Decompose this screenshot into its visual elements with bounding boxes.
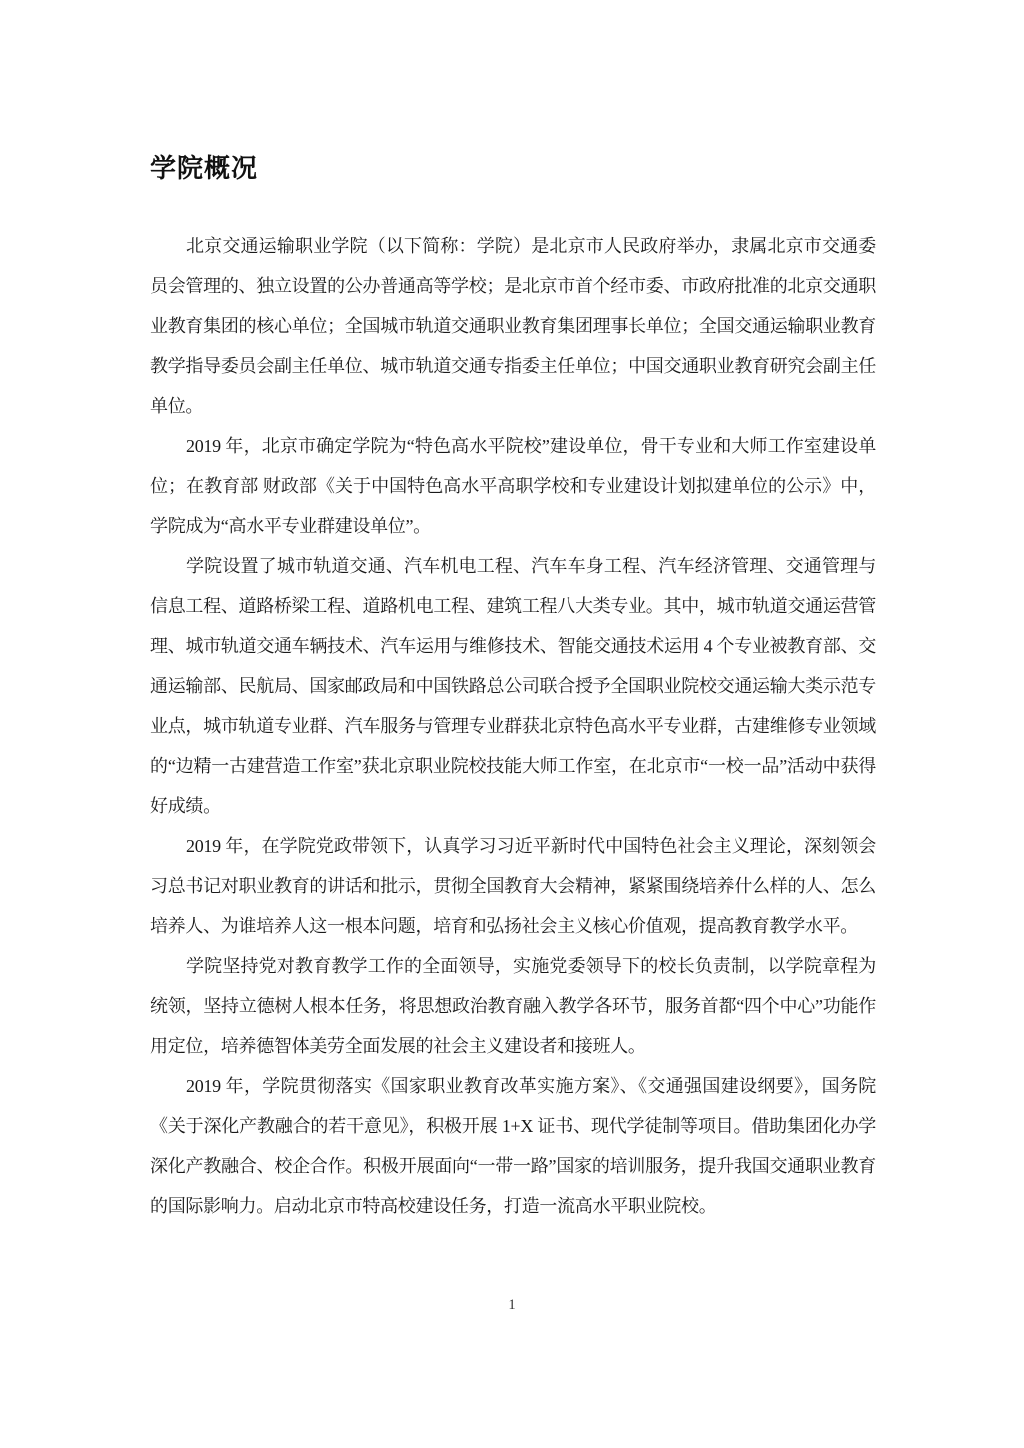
paragraph-6: 2019 年，学院贯彻落实《国家职业教育改革实施方案》、《交通强国建设纲要》，国… [150, 1066, 876, 1226]
page-number: 1 [0, 1296, 1024, 1314]
paragraph-5: 学院坚持党对教育教学工作的全面领导，实施党委领导下的校长负责制，以学院章程为统领… [150, 946, 876, 1066]
document-heading: 学院概况 [150, 153, 258, 183]
paragraph-2: 2019 年，北京市确定学院为“特色高水平院校”建设单位，骨干专业和大师工作室建… [150, 426, 876, 546]
paragraph-4: 2019 年，在学院党政带领下，认真学习习近平新时代中国特色社会主义理论，深刻领… [150, 826, 876, 946]
paragraph-1: 北京交通运输职业学院（以下简称：学院）是北京市人民政府举办，隶属北京市交通委员会… [150, 226, 876, 426]
document-page: 学院概况 北京交通运输职业学院（以下简称：学院）是北京市人民政府举办，隶属北京市… [0, 0, 1024, 1448]
document-body: 北京交通运输职业学院（以下简称：学院）是北京市人民政府举办，隶属北京市交通委员会… [150, 226, 876, 1226]
paragraph-3: 学院设置了城市轨道交通、汽车机电工程、汽车车身工程、汽车经济管理、交通管理与信息… [150, 546, 876, 826]
